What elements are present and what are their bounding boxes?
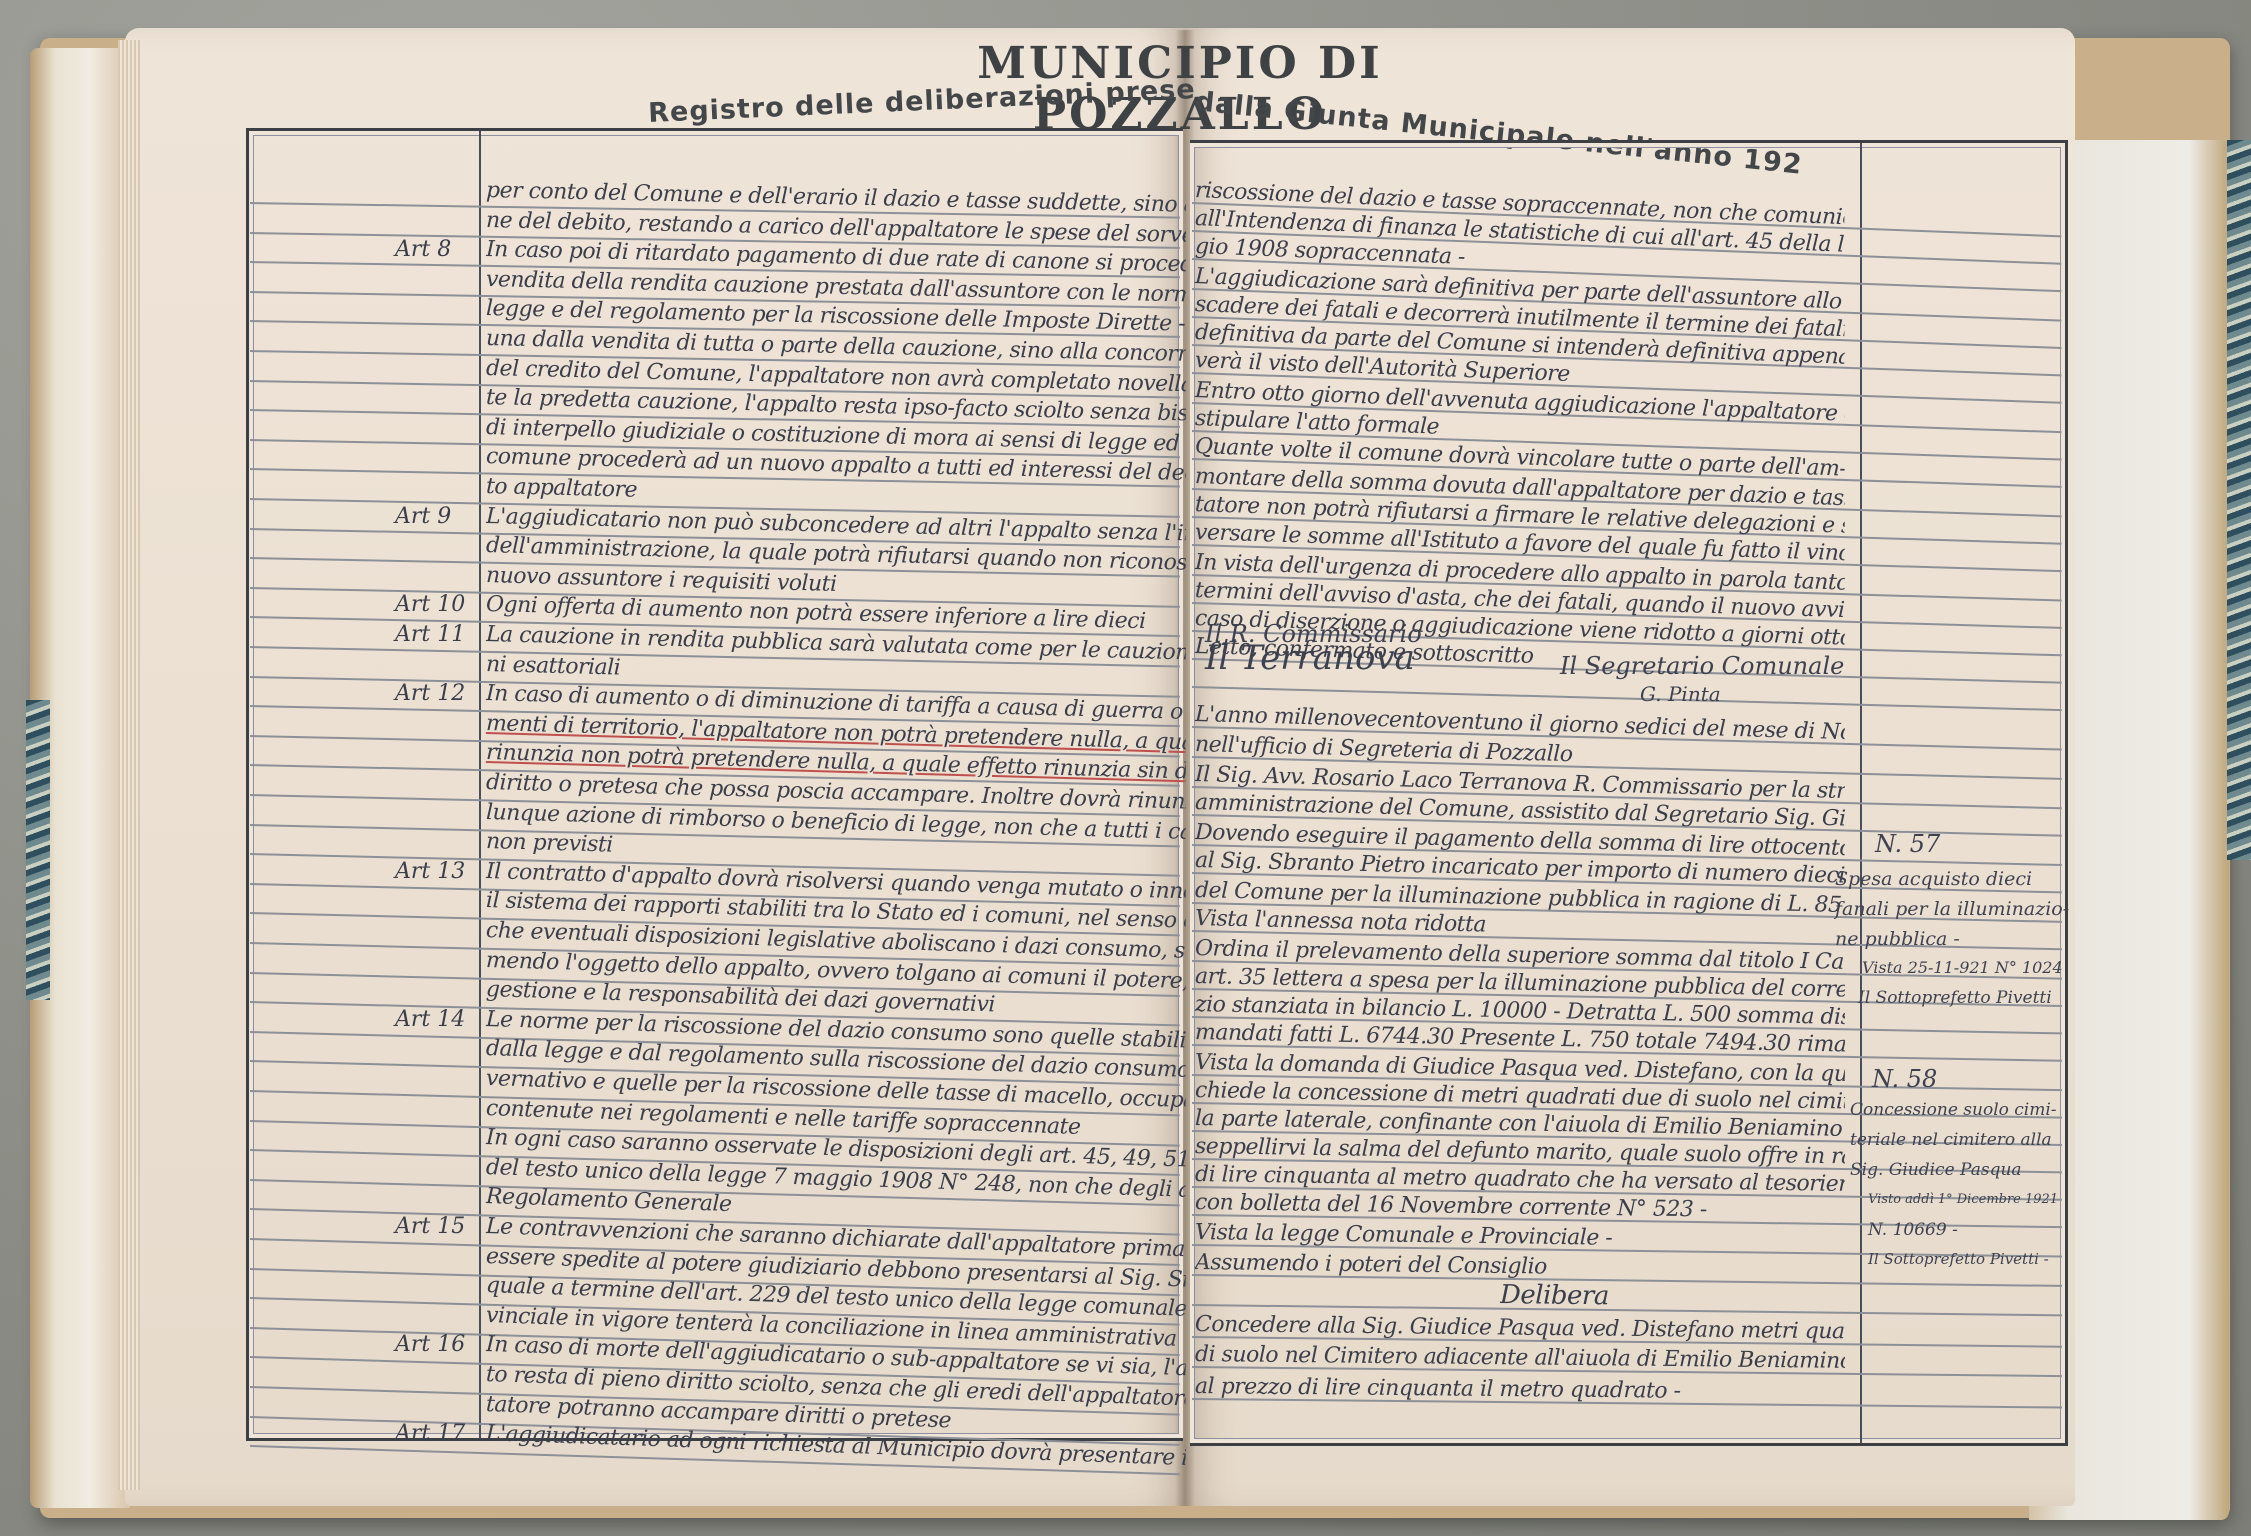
article-number: Art 16 [395,1332,465,1357]
article-number: Art 8 [395,237,451,262]
marbled-endpaper-left [26,700,50,1000]
left-margin-column-divider [479,131,481,1438]
commissario-signature: Il Terranova [1205,638,1415,678]
segretario-signature: G. Pinta [1640,682,1721,706]
right-notes-column-divider [1860,143,1862,1443]
article-number: Art 14 [395,1007,465,1032]
handwritten-line: non previsti [486,829,613,858]
article-number: Art 10 [395,592,465,617]
margin-note-number-58: N. 58 [1872,1065,1937,1093]
handwritten-line: to appaltatore [486,474,638,503]
page-stack-edge [118,40,140,1490]
margin-note-57-line: Vista 25-11-921 N° 1024 [1862,958,2063,977]
margin-note-58-line: Il Sottoprefetto Pivetti - [1868,1250,2049,1268]
marbled-endpaper-right [2227,140,2251,860]
margin-note-number-57: N. 57 [1875,830,1940,858]
article-number: Art 15 [395,1214,465,1239]
segretario-label: Il Segretario Comunale [1560,652,1844,680]
margin-note-57-line: fanali per la illuminazio- [1835,898,2069,920]
handwritten-line: Assumendo i poteri del Consiglio [1195,1250,1547,1280]
article-number: Art 17 [395,1421,465,1446]
margin-note-57-line: Il Sottoprefetto Pivetti [1858,988,2052,1008]
margin-note-58-line: N. 10669 - [1868,1220,1958,1240]
article-number: Art 11 [395,622,465,647]
delibera-heading: Delibera [1500,1280,1609,1311]
margin-note-57-line: ne pubblica - [1835,928,1960,950]
article-number: Art 9 [395,504,451,529]
margin-note-58-line: teriale nel cimitero alla [1850,1130,2052,1150]
margin-note-57-line: Spesa acquisto dieci [1835,868,2032,890]
margin-note-58-line: Sig. Giudice Pasqua [1850,1160,2022,1180]
margin-note-58-line: Visto addì 1° Dicembre 1921 [1868,1192,2058,1207]
article-number: Art 12 [395,681,465,706]
margin-note-58-line: Concessione suolo cimi- [1850,1100,2057,1120]
handwritten-line: al prezzo di lire cinquanta il metro qua… [1195,1374,1681,1404]
article-number: Art 13 [395,859,465,884]
handwritten-line: ni esattoriali [486,652,621,681]
